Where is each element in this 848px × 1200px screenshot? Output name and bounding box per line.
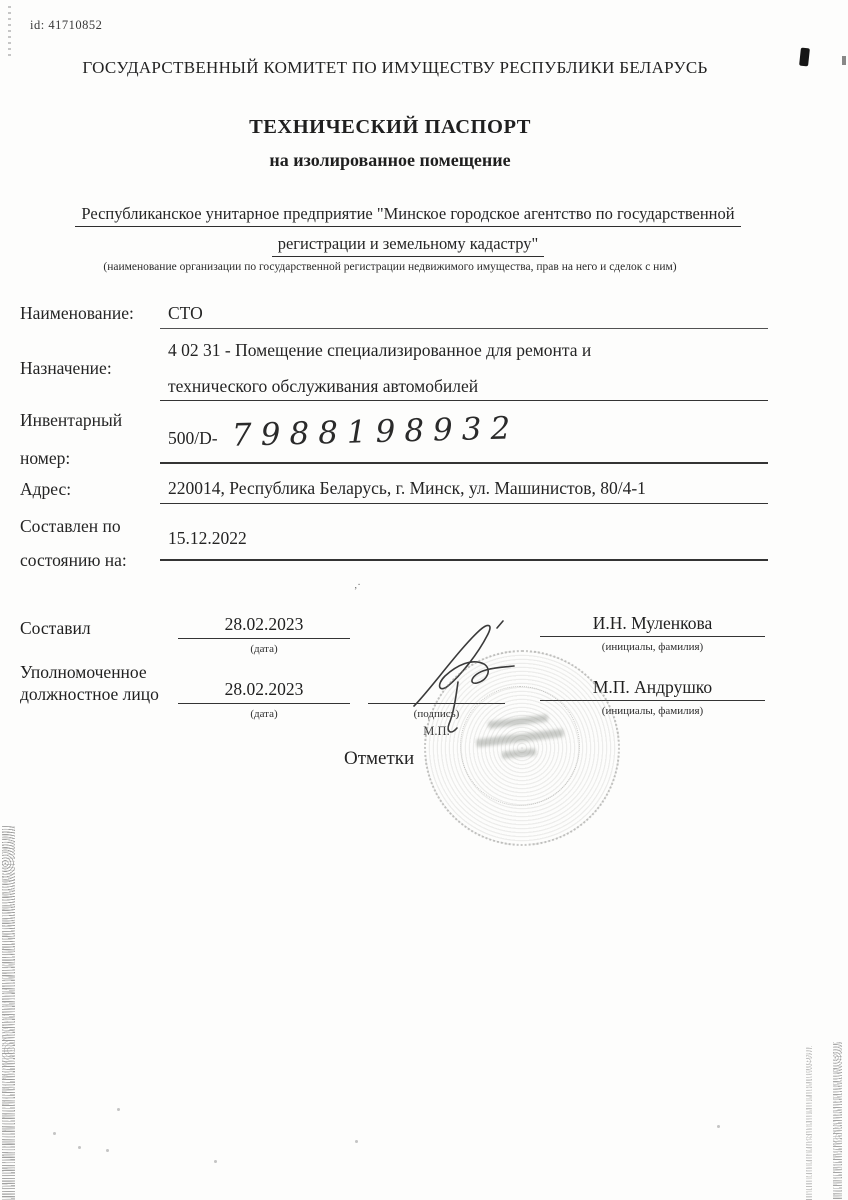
compiled-date-caption: (дата) [178, 643, 350, 655]
organization-caption: (наименование организации по государстве… [0, 261, 780, 273]
scan-noise-right-edge [806, 1046, 812, 1200]
field-purpose-label: Назначение: [20, 358, 112, 379]
field-purpose-underline [160, 400, 768, 401]
scan-speck [78, 1146, 81, 1149]
scan-speck [717, 1125, 720, 1128]
field-inventory-underline [160, 462, 768, 464]
compiled-by-label: Составил [20, 618, 91, 639]
document-subtitle: на изолированное помещение [0, 150, 780, 171]
scan-noise-right-edge2 [833, 1042, 842, 1200]
official-stamp [424, 650, 620, 846]
scan-noise-left-edge [2, 826, 15, 1200]
compiled-by-date: 28.02.2023 [178, 614, 350, 635]
official-label-line1: Уполномоченное [20, 662, 147, 683]
official-date-underline [178, 703, 350, 704]
scan-artifact-top-left [8, 6, 11, 58]
compiled-name-caption: (инициалы, фамилия) [540, 641, 765, 653]
field-asof-underline [160, 559, 768, 561]
compiled-date-underline [178, 638, 350, 639]
document-title: ТЕХНИЧЕСКИЙ ПАСПОРТ [0, 116, 780, 139]
scan-speck [106, 1149, 109, 1152]
compiled-by-name: И.Н. Муленкова [540, 613, 765, 634]
scan-artifact-right-blob [799, 48, 810, 67]
field-name-label: Наименование: [20, 303, 134, 324]
official-date: 28.02.2023 [178, 679, 350, 700]
field-purpose-value-line1: 4 02 31 - Помещение специализированное д… [168, 340, 591, 361]
official-label-line2: должностное лицо [20, 684, 159, 705]
agency-header: ГОСУДАРСТВЕННЫЙ КОМИТЕТ ПО ИМУЩЕСТВУ РЕС… [0, 58, 790, 78]
official-date-caption: (дата) [178, 708, 350, 720]
scanned-document-page: id: 41710852 ГОСУДАРСТВЕННЫЙ КОМИТЕТ ПО … [0, 0, 848, 1200]
field-address-label: Адрес: [20, 479, 71, 500]
document-id: id: 41710852 [30, 18, 102, 33]
marks-label: Отметки [344, 748, 414, 770]
field-inventory-label-line1: Инвентарный [20, 410, 122, 431]
scan-speck [117, 1108, 120, 1111]
scan-speck [214, 1160, 217, 1163]
field-asof-label-line1: Составлен по [20, 516, 121, 537]
field-inventory-label-line2: номер: [20, 448, 70, 469]
field-inventory-prefix: 500/D- [168, 428, 218, 449]
scan-speck [355, 1140, 358, 1143]
field-address-underline [160, 503, 768, 504]
scan-stray-mark: ‚· [354, 580, 361, 591]
organization-name-line1: Республиканское унитарное предприятие "М… [0, 204, 816, 227]
field-name-underline [160, 328, 768, 329]
scan-artifact-right-mark [842, 56, 846, 65]
scan-speck [53, 1132, 56, 1135]
field-purpose-value-line2: технического обслуживания автомобилей [168, 376, 478, 397]
field-asof-label-line2: состоянию на: [20, 550, 127, 571]
field-inventory-handwritten-number: 7988198932 [232, 410, 520, 454]
field-address-value: 220014, Республика Беларусь, г. Минск, у… [168, 478, 646, 499]
organization-name-line2: регистрации и земельному кадастру" [0, 234, 816, 257]
field-name-value: СТО [168, 303, 203, 324]
field-asof-value: 15.12.2022 [168, 528, 247, 549]
compiled-name-underline [540, 636, 765, 637]
